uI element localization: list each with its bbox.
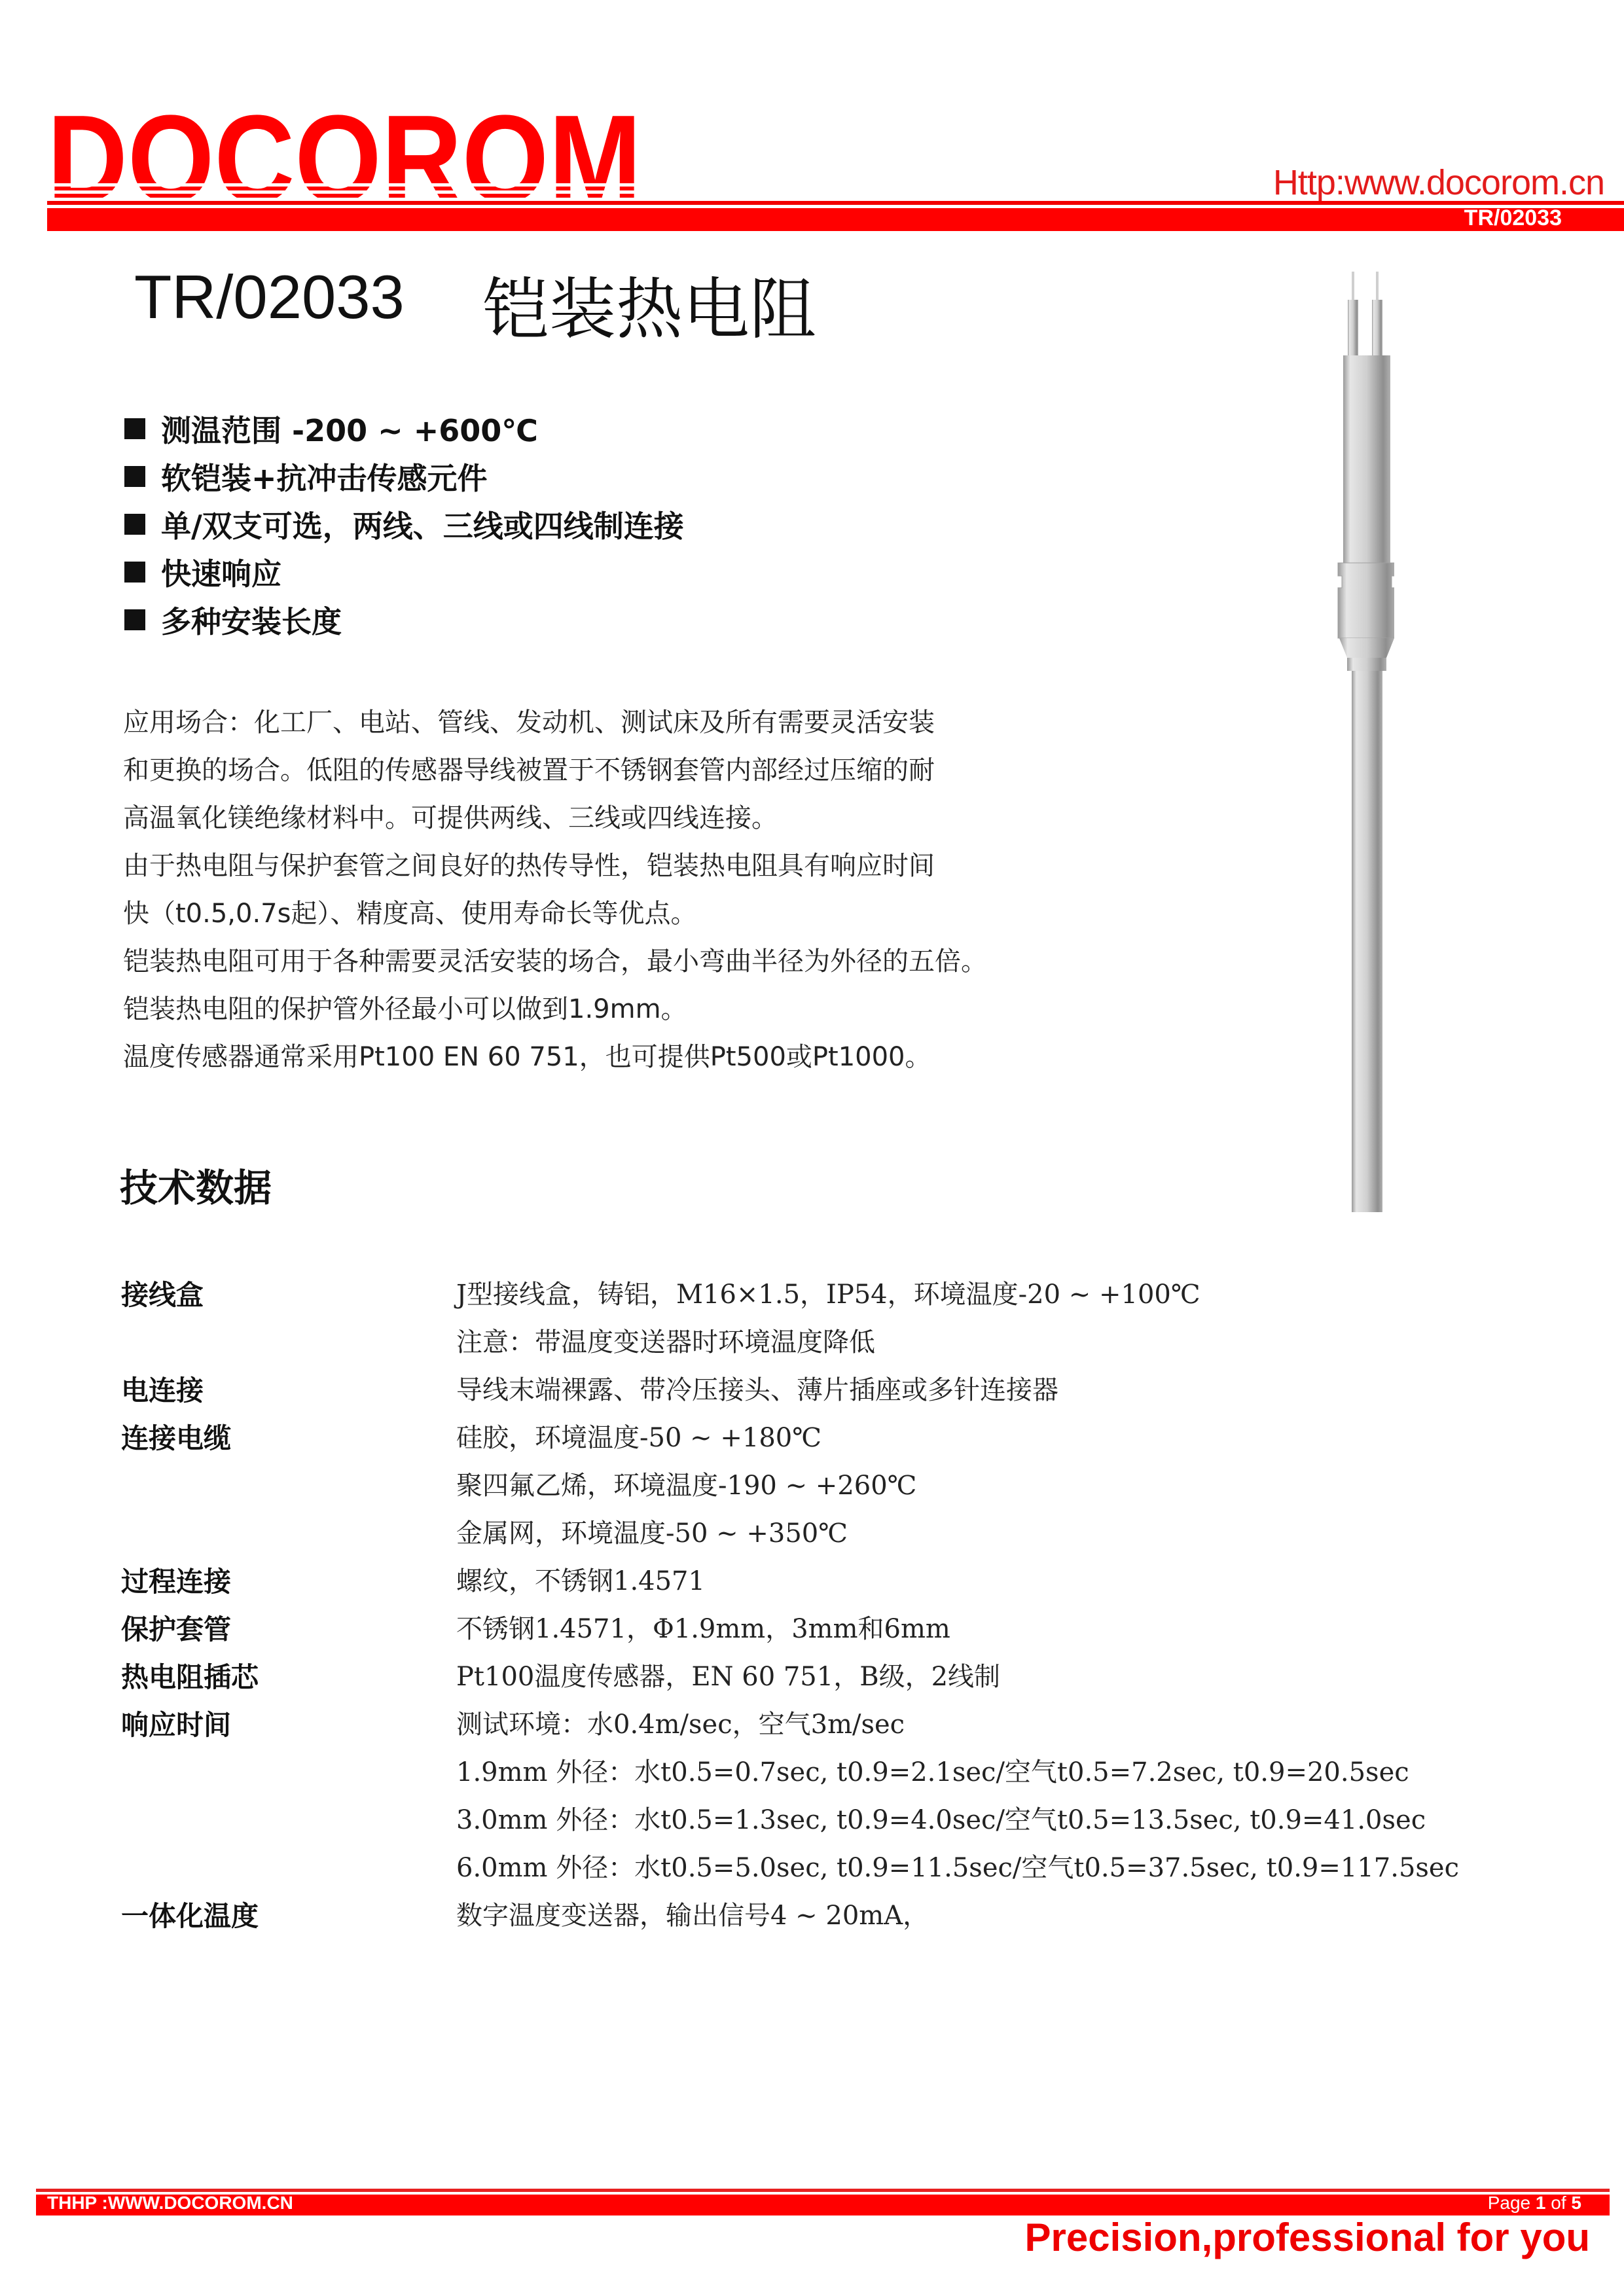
header-url[interactable]: Http:www.docorom.cn [1273,162,1604,203]
description-line: 快（t0.5,0.7s起）、精度高、使用寿命长等优点。 [123,890,1072,938]
tech-data-heading: 技术数据 [120,1157,272,1212]
spec-value: 聚四氟乙烯，环境温度-190 ~ +260℃ [456,1462,916,1510]
description: 应用场合：化工厂、电站、管线、发动机、测试床及所有需要灵活安装 和更换的场合。低… [123,699,1072,1081]
feature-item: 软铠装+抗冲击传感元件 [124,452,684,500]
spec-value: 3.0mm 外径：水t0.5=1.3sec, t0.9=4.0sec/空气t0.… [456,1797,1426,1844]
footer-website[interactable]: THHP :WWW.DOCOROM.CN [47,2193,293,2214]
slogan: Precision,professional for you [1024,2215,1590,2260]
feature-item: 单/双支可选，两线、三线或四线制连接 [124,500,684,548]
spec-row: 3.0mm 外径：水t0.5=1.3sec, t0.9=4.0sec/空气t0.… [121,1797,1459,1844]
spec-label: 过程连接 [121,1558,456,1605]
description-line: 应用场合：化工厂、电站、管线、发动机、测试床及所有需要灵活安装 [123,699,1072,747]
description-line: 和更换的场合。低阻的传感器导线被置于不锈钢套管内部经过压缩的耐 [123,747,1072,795]
spec-row: 1.9mm 外径：水t0.5=0.7sec, t0.9=2.1sec/空气t0.… [121,1749,1459,1797]
rtd-probe-image [1329,268,1394,1217]
spec-value: 螺纹，不锈钢1.4571 [456,1558,705,1605]
spec-value: 数字温度变送器，输出信号4 ~ 20mA， [456,1892,929,1940]
header-rule [47,201,1624,205]
sensor-illustration [1329,268,1394,1217]
spec-label [121,1844,456,1892]
spec-value: 1.9mm 外径：水t0.5=0.7sec, t0.9=2.1sec/空气t0.… [456,1749,1409,1797]
description-line: 铠装热电阻的保护管外径最小可以做到1.9mm。 [123,986,1072,1033]
total-pages: 5 [1571,2193,1581,2213]
docorom-logo: DOCOROM [47,105,669,203]
spec-row: 热电阻插芯Pt100温度传感器，EN 60 751，B级，2线制 [121,1653,1459,1701]
spec-label: 连接电缆 [121,1414,456,1462]
feature-item: 测温范围 -200 ~ +600℃ [124,404,684,452]
spec-value: 硅胶，环境温度-50 ~ +180℃ [456,1414,821,1462]
description-line: 铠装热电阻可用于各种需要灵活安装的场合，最小弯曲半径为外径的五倍。 [123,938,1072,986]
spec-label [121,1319,456,1367]
square-bullet-icon [124,609,145,630]
spec-label [121,1510,456,1558]
spec-label: 电连接 [121,1367,456,1414]
spec-value: J型接线盒，铸铝，M16×1.5，IP54，环境温度-20 ~ +100℃ [456,1271,1200,1319]
logo-graphic: DOCOROM [47,105,669,203]
page-indicator: Page 1 of 5 [1488,2193,1581,2214]
spec-value: 不锈钢1.4571，Φ1.9mm，3mm和6mm [456,1605,950,1653]
feature-item: 快速响应 [124,548,684,596]
feature-list: 测温范围 -200 ~ +600℃ 软铠装+抗冲击传感元件 单/双支可选，两线、… [124,404,684,643]
svg-text:DOCOROM: DOCOROM [47,105,641,203]
spec-value: 导线末端裸露、带冷压接头、薄片插座或多针连接器 [456,1367,1058,1414]
spec-row: 金属网，环境温度-50 ~ +350℃ [121,1510,1459,1558]
spec-label: 热电阻插芯 [121,1653,456,1701]
spec-value: Pt100温度传感器，EN 60 751，B级，2线制 [456,1653,1000,1701]
spec-label: 接线盒 [121,1271,456,1319]
spec-label: 响应时间 [121,1701,456,1749]
square-bullet-icon [124,514,145,535]
description-line: 温度传感器通常采用Pt100 EN 60 751，也可提供Pt500或Pt100… [123,1033,1072,1081]
spec-label [121,1462,456,1510]
product-code: TR/02033 [134,262,405,332]
spec-row: 一体化温度数字温度变送器，输出信号4 ~ 20mA， [121,1892,1459,1940]
product-name: 铠装热电阻 [482,257,816,352]
header-bar [47,208,1624,231]
spec-row: 接线盒J型接线盒，铸铝，M16×1.5，IP54，环境温度-20 ~ +100℃ [121,1271,1459,1319]
spec-table: 接线盒J型接线盒，铸铝，M16×1.5，IP54，环境温度-20 ~ +100℃… [121,1271,1459,1940]
footer-rule [36,2189,1610,2192]
spec-label [121,1797,456,1844]
spec-row: 保护套管不锈钢1.4571，Φ1.9mm，3mm和6mm [121,1605,1459,1653]
square-bullet-icon [124,418,145,439]
spec-row: 注意：带温度变送器时环境温度降低 [121,1319,1459,1367]
spec-value: 测试环境：水0.4m/sec，空气3m/sec [456,1701,905,1749]
spec-value: 注意：带温度变送器时环境温度降低 [456,1319,875,1367]
spec-value: 金属网，环境温度-50 ~ +350℃ [456,1510,848,1558]
square-bullet-icon [124,466,145,487]
spec-label: 保护套管 [121,1605,456,1653]
spec-value: 6.0mm 外径：水t0.5=5.0sec, t0.9=11.5sec/空气t0… [456,1844,1459,1892]
spec-row: 过程连接螺纹，不锈钢1.4571 [121,1558,1459,1605]
spec-label: 一体化温度 [121,1892,456,1940]
spec-row: 聚四氟乙烯，环境温度-190 ~ +260℃ [121,1462,1459,1510]
feature-item: 多种安装长度 [124,596,684,643]
spec-row: 连接电缆硅胶，环境温度-50 ~ +180℃ [121,1414,1459,1462]
spec-row: 6.0mm 外径：水t0.5=5.0sec, t0.9=11.5sec/空气t0… [121,1844,1459,1892]
square-bullet-icon [124,562,145,583]
spec-row: 电连接导线末端裸露、带冷压接头、薄片插座或多针连接器 [121,1367,1459,1414]
spec-row: 响应时间测试环境：水0.4m/sec，空气3m/sec [121,1701,1459,1749]
description-line: 由于热电阻与保护套管之间良好的热传导性，铠装热电阻具有响应时间 [123,842,1072,890]
header-doc-code: TR/02033 [1464,206,1562,231]
current-page: 1 [1536,2193,1546,2213]
spec-label [121,1749,456,1797]
description-line: 高温氧化镁绝缘材料中。可提供两线、三线或四线连接。 [123,795,1072,842]
